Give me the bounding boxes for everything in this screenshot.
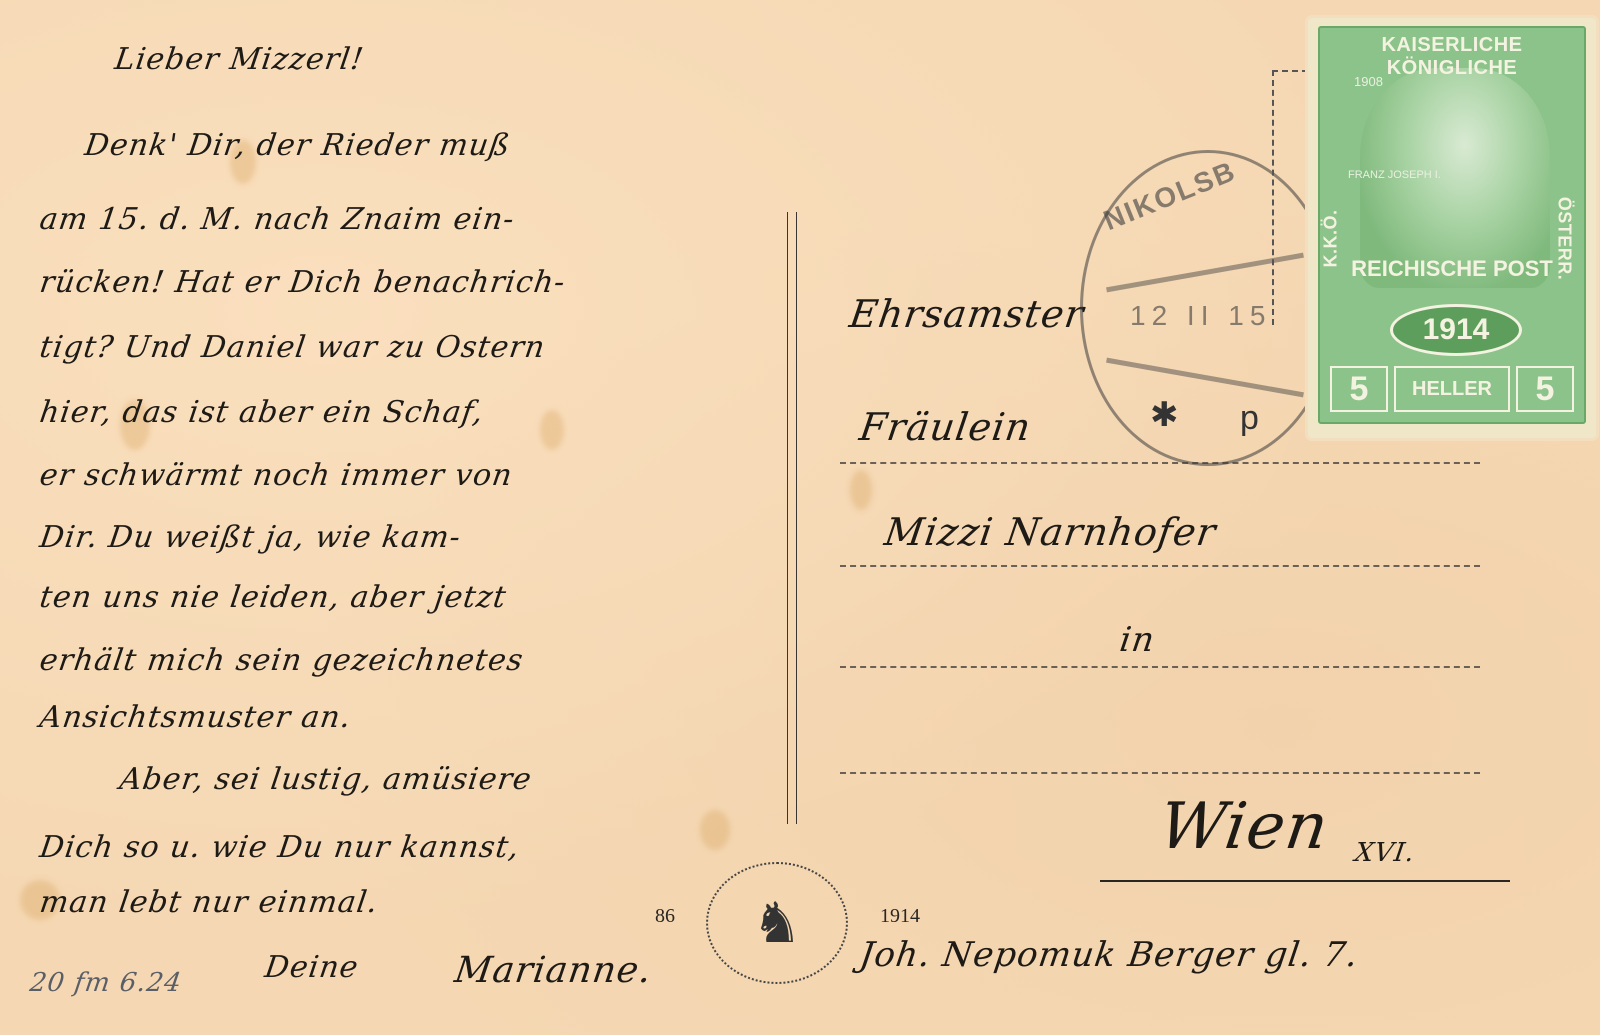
salutation: Lieber Mizzerl! (113, 42, 367, 77)
stamp-caption: FRANZ JOSEPH I. (1348, 168, 1441, 182)
signature: Marianne. (452, 950, 654, 991)
stamp-value-left: 5 (1330, 366, 1388, 412)
address-line (840, 462, 1480, 464)
address-line (840, 772, 1480, 774)
address-line (840, 565, 1480, 567)
message-line: tigt? Und Daniel war zu Ostern (38, 330, 548, 365)
message-line: rücken! Hat er Dich benachrich- (38, 265, 568, 300)
stamp-guide (1272, 70, 1274, 325)
address-in: in (1117, 620, 1157, 660)
message-line: man lebt nur einmal. (38, 885, 381, 920)
message-line: erhält mich sein gezeichnetes (38, 643, 526, 678)
address-name: Mizzi Narnhofer (882, 510, 1219, 554)
address-city: Wien (1155, 790, 1334, 864)
stamp-year: 1914 (1390, 304, 1522, 356)
message-line: Aber, sei lustig, amüsiere (118, 762, 535, 797)
print-number: 86 (655, 905, 675, 928)
address-street: Joh. Nepomuk Berger gl. 7. (857, 935, 1361, 975)
postmark-date: 12 II 15 (1130, 300, 1271, 332)
address-honorific: Ehrsamster (847, 292, 1087, 336)
message-line: Ansichtsmuster an. (38, 700, 354, 735)
stain (850, 470, 872, 510)
stamp-small-year: 1908 (1354, 74, 1383, 89)
message-line: Dich so u. wie Du nur kannst, (38, 830, 522, 865)
center-divider (787, 212, 797, 824)
closing: Deine (263, 950, 361, 985)
message-line: hier, das ist aber ein Schaf, (38, 395, 486, 430)
stamp-left-text: K.K.Ö. (1321, 209, 1342, 267)
message-line: Dir. Du weißt ja, wie kam- (38, 520, 464, 555)
stain (540, 410, 564, 450)
print-year: 1914 (880, 905, 920, 928)
knight-seal-icon: ♞ (706, 862, 848, 984)
address-title: Fräulein (857, 405, 1034, 449)
address-line (840, 666, 1480, 668)
stamp-value-right: 5 (1516, 366, 1574, 412)
stamp-value-row: 5 HELLER 5 (1330, 366, 1574, 412)
stamp-denomination: HELLER (1394, 366, 1510, 412)
stamp-arc-text: REICHISCHE POST (1340, 256, 1564, 282)
postage-stamp: KAISERLICHE KÖNIGLICHE 1908 FRANZ JOSEPH… (1308, 18, 1596, 438)
address-district: XVI. (1353, 838, 1417, 868)
message-line: am 15. d. M. nach Znaim ein- (38, 202, 517, 237)
stain (700, 810, 730, 850)
postcard: Lieber Mizzerl! Denk' Dir, der Rieder mu… (0, 0, 1600, 1035)
address-underline (1100, 880, 1510, 882)
message-line: Denk' Dir, der Rieder muß (83, 128, 513, 163)
postmark-letter: d (1240, 402, 1259, 441)
message-line: ten uns nie leiden, aber jetzt (38, 580, 509, 615)
stamp-guide (1272, 70, 1308, 72)
pencil-note: 20 fm 6.24 (28, 968, 184, 998)
message-line: er schwärmt noch immer von (38, 458, 516, 493)
postmark-star-icon: ✱ (1150, 395, 1179, 435)
